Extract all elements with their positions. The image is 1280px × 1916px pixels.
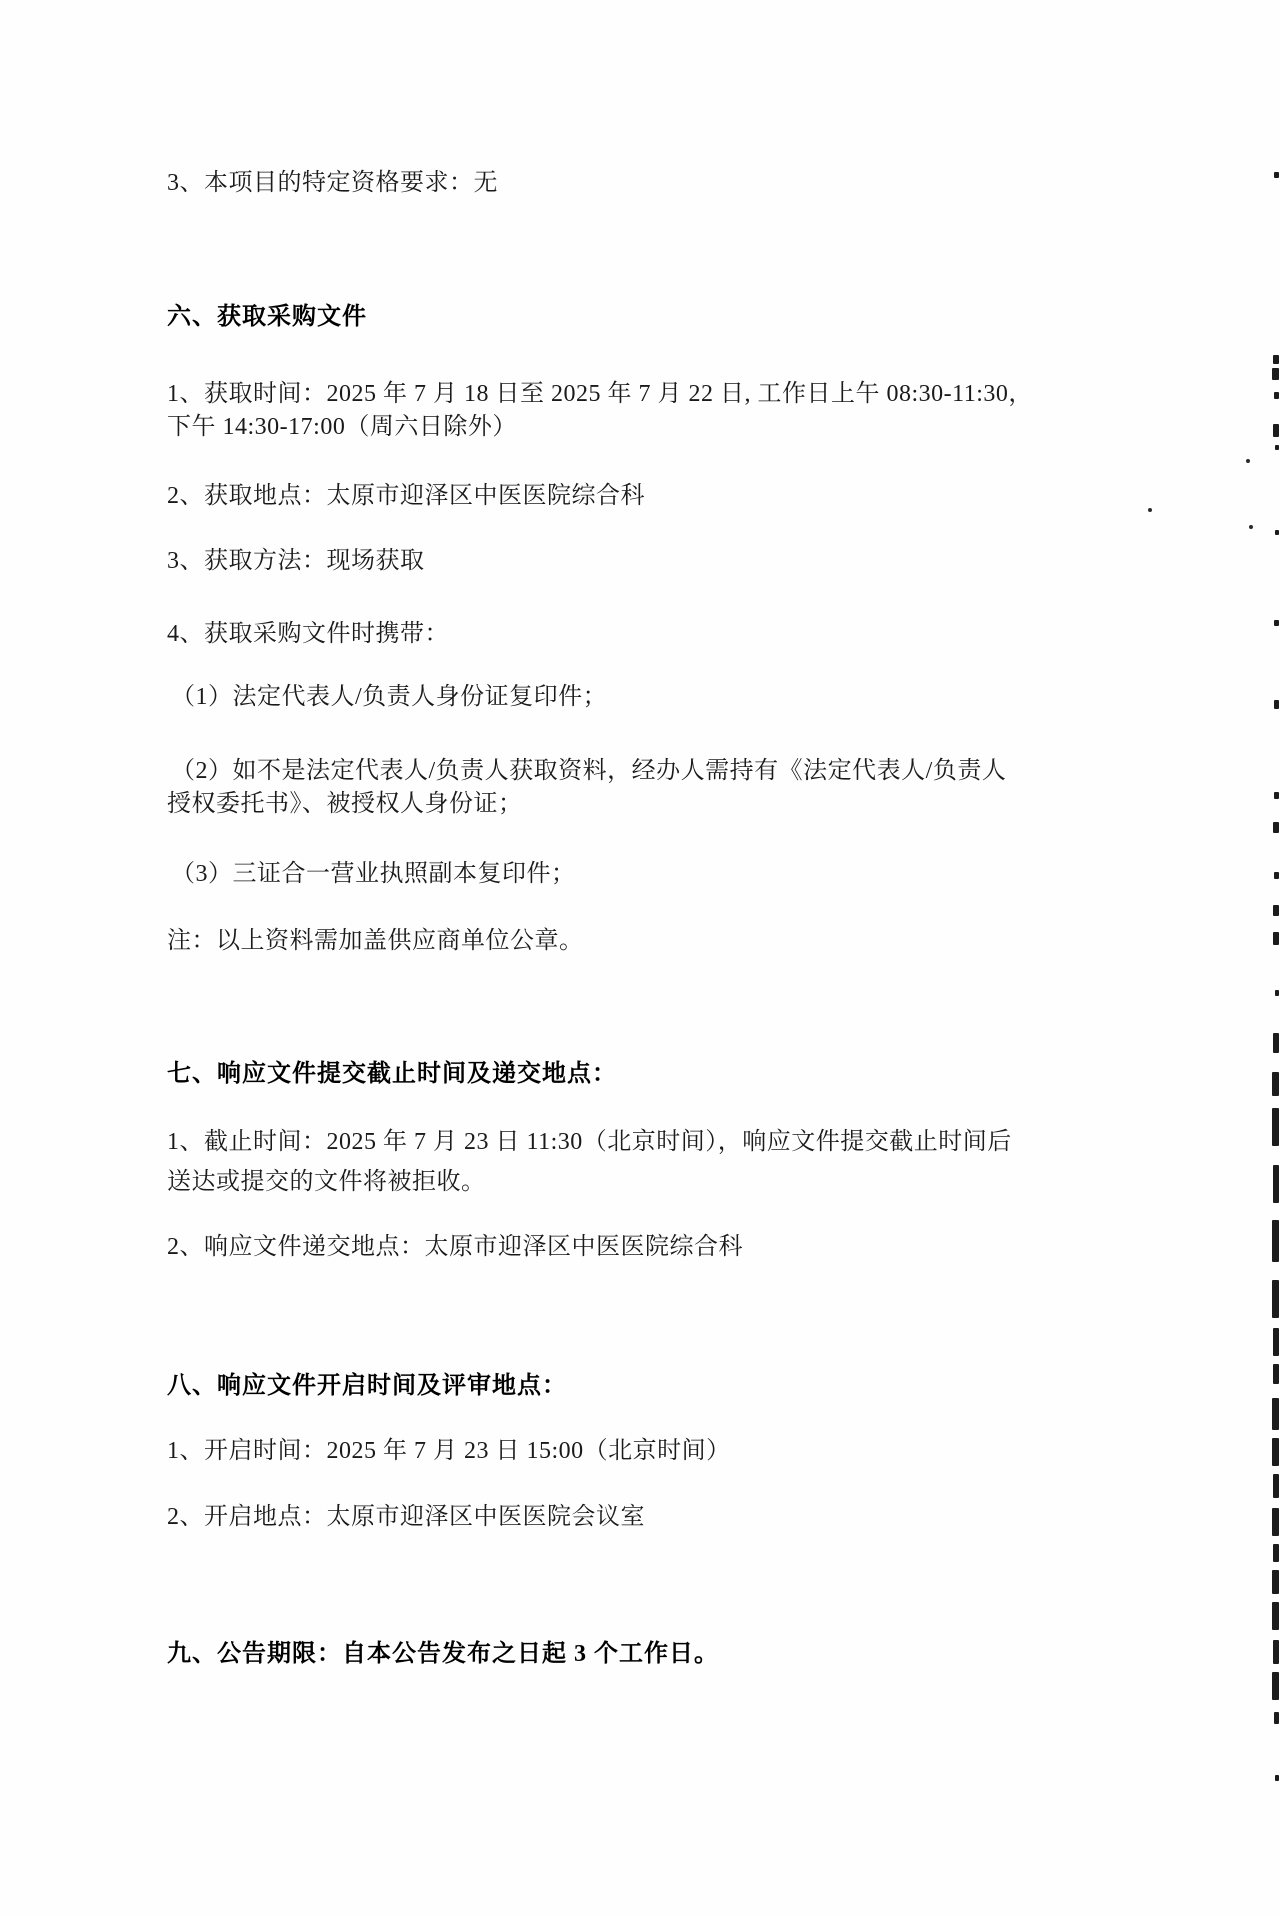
scan-edge-mark (1275, 530, 1279, 535)
scan-speck (1249, 525, 1253, 529)
scan-edge-mark (1273, 355, 1279, 364)
bring-item-2-line-2: 授权委托书》、被授权人身份证； (167, 788, 1127, 820)
acquisition-time-line-2: 下午 14:30-17:00（周六日除外） (167, 411, 1127, 443)
scan-edge-mark (1273, 424, 1279, 437)
scan-edge-mark (1275, 1775, 1279, 1781)
qualification-requirement-line: 3、本项目的特定资格要求：无 (167, 167, 1127, 199)
scan-edge-mark (1272, 1072, 1279, 1096)
opening-place-line: 2、开启地点：太原市迎泽区中医医院会议室 (167, 1501, 1127, 1533)
scanned-document-page: 3、本项目的特定资格要求：无 六、获取采购文件 1、获取时间：2025 年 7 … (0, 0, 1280, 1916)
scan-edge-mark (1273, 1328, 1279, 1356)
scan-edge-mark (1273, 932, 1279, 945)
scan-edge-mark (1273, 1033, 1279, 1053)
section-9-announcement-period-line: 九、公告期限：自本公告发布之日起 3 个工作日。 (167, 1638, 1127, 1670)
scan-edge-mark (1272, 1672, 1279, 1700)
deadline-line-1: 1、截止时间：2025 年 7 月 23 日 11:30（北京时间），响应文件提… (167, 1126, 1127, 1158)
scan-edge-mark (1272, 1438, 1279, 1466)
scan-edge-mark (1273, 1165, 1279, 1203)
scan-edge-mark (1274, 792, 1279, 799)
scan-edge-mark (1274, 700, 1279, 709)
scan-edge-mark (1273, 1640, 1279, 1664)
scan-edge-mark (1272, 1398, 1279, 1430)
scan-speck (1148, 508, 1152, 512)
scan-edge-mark (1272, 1220, 1279, 1262)
scan-edge-mark (1275, 990, 1279, 996)
scan-edge-mark (1275, 445, 1279, 450)
bring-item-2-line-1: （2）如不是法定代表人/负责人获取资料，经办人需持有《法定代表人/负责人 (171, 755, 1131, 787)
scan-edge-mark (1272, 1602, 1279, 1630)
scan-edge-mark (1274, 1712, 1279, 1724)
scan-artifact-layer (0, 0, 1280, 1916)
scan-edge-mark (1273, 1364, 1279, 1384)
deadline-line-2: 送达或提交的文件将被拒收。 (167, 1166, 1127, 1198)
bring-item-1-line: （1）法定代表人/负责人身份证复印件； (171, 681, 1131, 713)
bring-item-3-line: （3）三证合一营业执照副本复印件； (171, 858, 1131, 890)
scan-edge-mark (1272, 1570, 1279, 1594)
scan-edge-mark (1274, 172, 1279, 178)
opening-time-line: 1、开启时间：2025 年 7 月 23 日 15:00（北京时间） (167, 1435, 1127, 1467)
documents-to-bring-line: 4、获取采购文件时携带： (167, 618, 1127, 650)
scan-edge-mark (1273, 1544, 1279, 1562)
section-8-heading: 八、响应文件开启时间及评审地点： (167, 1370, 1127, 1402)
scan-speck (1246, 459, 1250, 463)
submission-place-line: 2、响应文件递交地点：太原市迎泽区中医医院综合科 (167, 1231, 1127, 1263)
note-line: 注：以上资料需加盖供应商单位公章。 (167, 925, 1127, 957)
scan-edge-mark (1274, 392, 1279, 399)
scan-edge-mark (1273, 905, 1279, 916)
section-7-heading: 七、响应文件提交截止时间及递交地点： (167, 1058, 1127, 1090)
scan-edge-mark (1273, 1474, 1279, 1498)
acquisition-time-line-1: 1、获取时间：2025 年 7 月 18 日至 2025 年 7 月 22 日,… (167, 378, 1127, 410)
acquisition-method-line: 3、获取方法：现场获取 (167, 545, 1127, 577)
scan-edge-mark (1273, 822, 1279, 833)
scan-edge-mark (1274, 872, 1279, 879)
scan-edge-mark (1272, 368, 1279, 380)
scan-edge-mark (1272, 1280, 1279, 1318)
scan-edge-mark (1274, 620, 1279, 626)
section-6-heading: 六、获取采购文件 (167, 301, 1127, 333)
scan-edge-mark (1272, 1108, 1279, 1146)
scan-edge-mark (1272, 1508, 1279, 1536)
acquisition-place-line: 2、获取地点：太原市迎泽区中医医院综合科 (167, 480, 1127, 512)
